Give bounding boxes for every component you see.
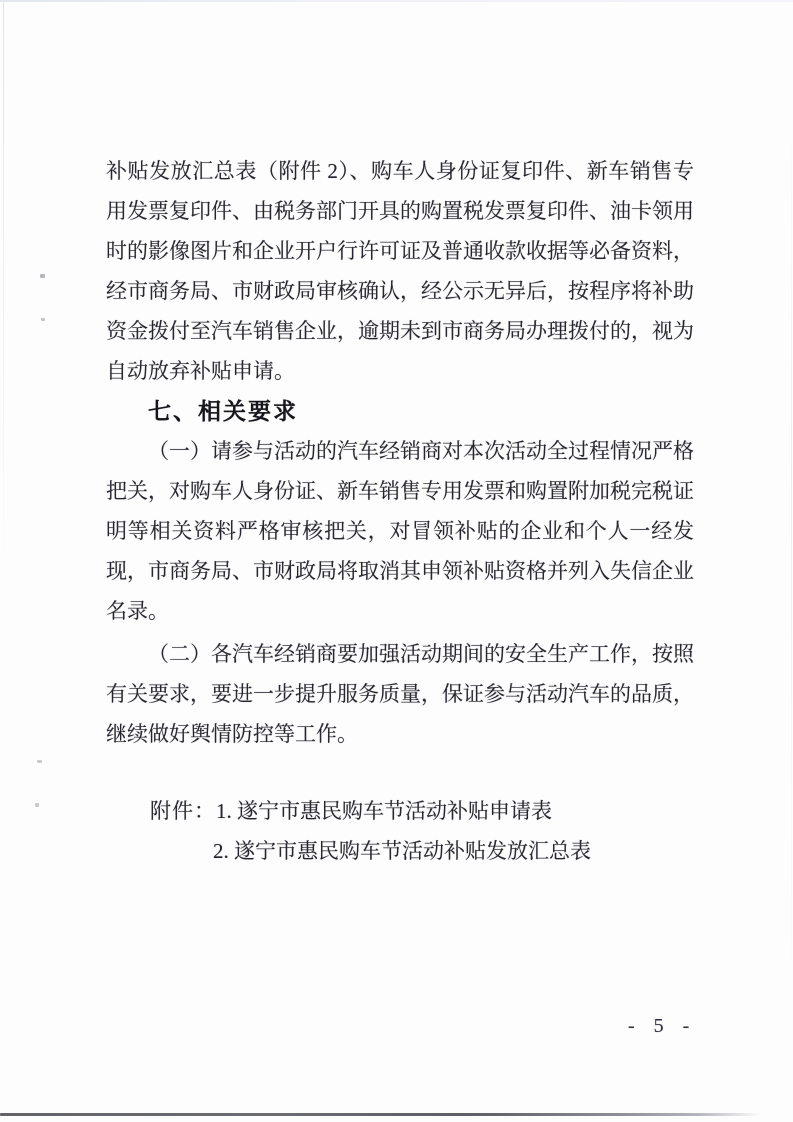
body-text-line: 资金拨付至汽车销售企业，逾期未到市商务局办理拨付的，视为 (106, 311, 694, 351)
scan-speck (40, 274, 45, 278)
body-text-line: 名录。 (106, 591, 694, 631)
attachment-2-title: 2. 遂宁市惠民购车节活动补贴发放汇总表 (213, 839, 591, 863)
body-text-line: 明等相关资料严格审核把关，对冒领补贴的企业和个人一经发 (106, 511, 694, 551)
body-text-line: 时的影像图片和企业开户行许可证及普通收款收据等必备资料， (106, 231, 694, 271)
body-text-line: 补贴发放汇总表（附件 2）、购车人身份证复印件、新车销售专 (106, 151, 694, 191)
body-text-line: 有关要求，要进一步提升服务质量，保证参与活动汽车的品质， (106, 674, 694, 714)
attachment-1-title: 1. 遂宁市惠民购车节活动补贴申请表 (216, 799, 552, 823)
page-number: - 5 - (628, 1012, 696, 1040)
attachments-block: 附件：1. 遂宁市惠民购车节活动补贴申请表 2. 遂宁市惠民购车节活动补贴发放汇… (106, 791, 694, 871)
paragraph-requirement-2: （二）各汽车经销商要加强活动期间的安全生产工作，按照 有关要求，要进一步提升服务… (106, 634, 694, 754)
body-text-line: 现，市商务局、市财政局将取消其申领补贴资格并列入失信企业 (106, 551, 694, 591)
scan-speck (37, 760, 42, 763)
body-text-line: 经市商务局、市财政局审核确认，经公示无异后，按程序将补助 (106, 271, 694, 311)
section-heading: 七、相关要求 (106, 391, 694, 431)
body-text-line: 用发票复印件、由税务部门开具的购置税发票复印件、油卡领用 (106, 191, 694, 231)
scan-speck (41, 318, 45, 321)
attachments-label: 附件： (150, 799, 216, 823)
paragraph-subsidy-disbursement: 补贴发放汇总表（附件 2）、购车人身份证复印件、新车销售专 用发票复印件、由税务… (106, 151, 694, 391)
paragraph-requirement-1: （一）请参与活动的汽车经销商对本次活动全过程情况严格 把关，对购车人身份证、新车… (106, 431, 694, 631)
body-text-line: （一）请参与活动的汽车经销商对本次活动全过程情况严格 (106, 431, 694, 471)
scanned-document-page: 补贴发放汇总表（附件 2）、购车人身份证复印件、新车销售专 用发票复印件、由税务… (0, 0, 793, 1122)
attachment-item-2: 2. 遂宁市惠民购车节活动补贴发放汇总表 (106, 831, 694, 871)
body-text-line: 继续做好舆情防控等工作。 (106, 714, 694, 754)
scan-speck (35, 803, 39, 807)
scan-edge-bottom-line (0, 1113, 793, 1116)
body-text-line: 自动放弃补贴申请。 (106, 351, 694, 391)
scan-edge-top (0, 0, 793, 2)
scan-edge-left (3, 0, 4, 673)
body-text-line: （二）各汽车经销商要加强活动期间的安全生产工作，按照 (106, 634, 694, 674)
section-heading-block: 七、相关要求 (106, 391, 694, 431)
body-text-line: 把关，对购车人身份证、新车销售专用发票和购置附加税完税证 (106, 471, 694, 511)
attachment-item-1: 附件：1. 遂宁市惠民购车节活动补贴申请表 (106, 791, 694, 831)
scan-edge-right (791, 112, 792, 1010)
